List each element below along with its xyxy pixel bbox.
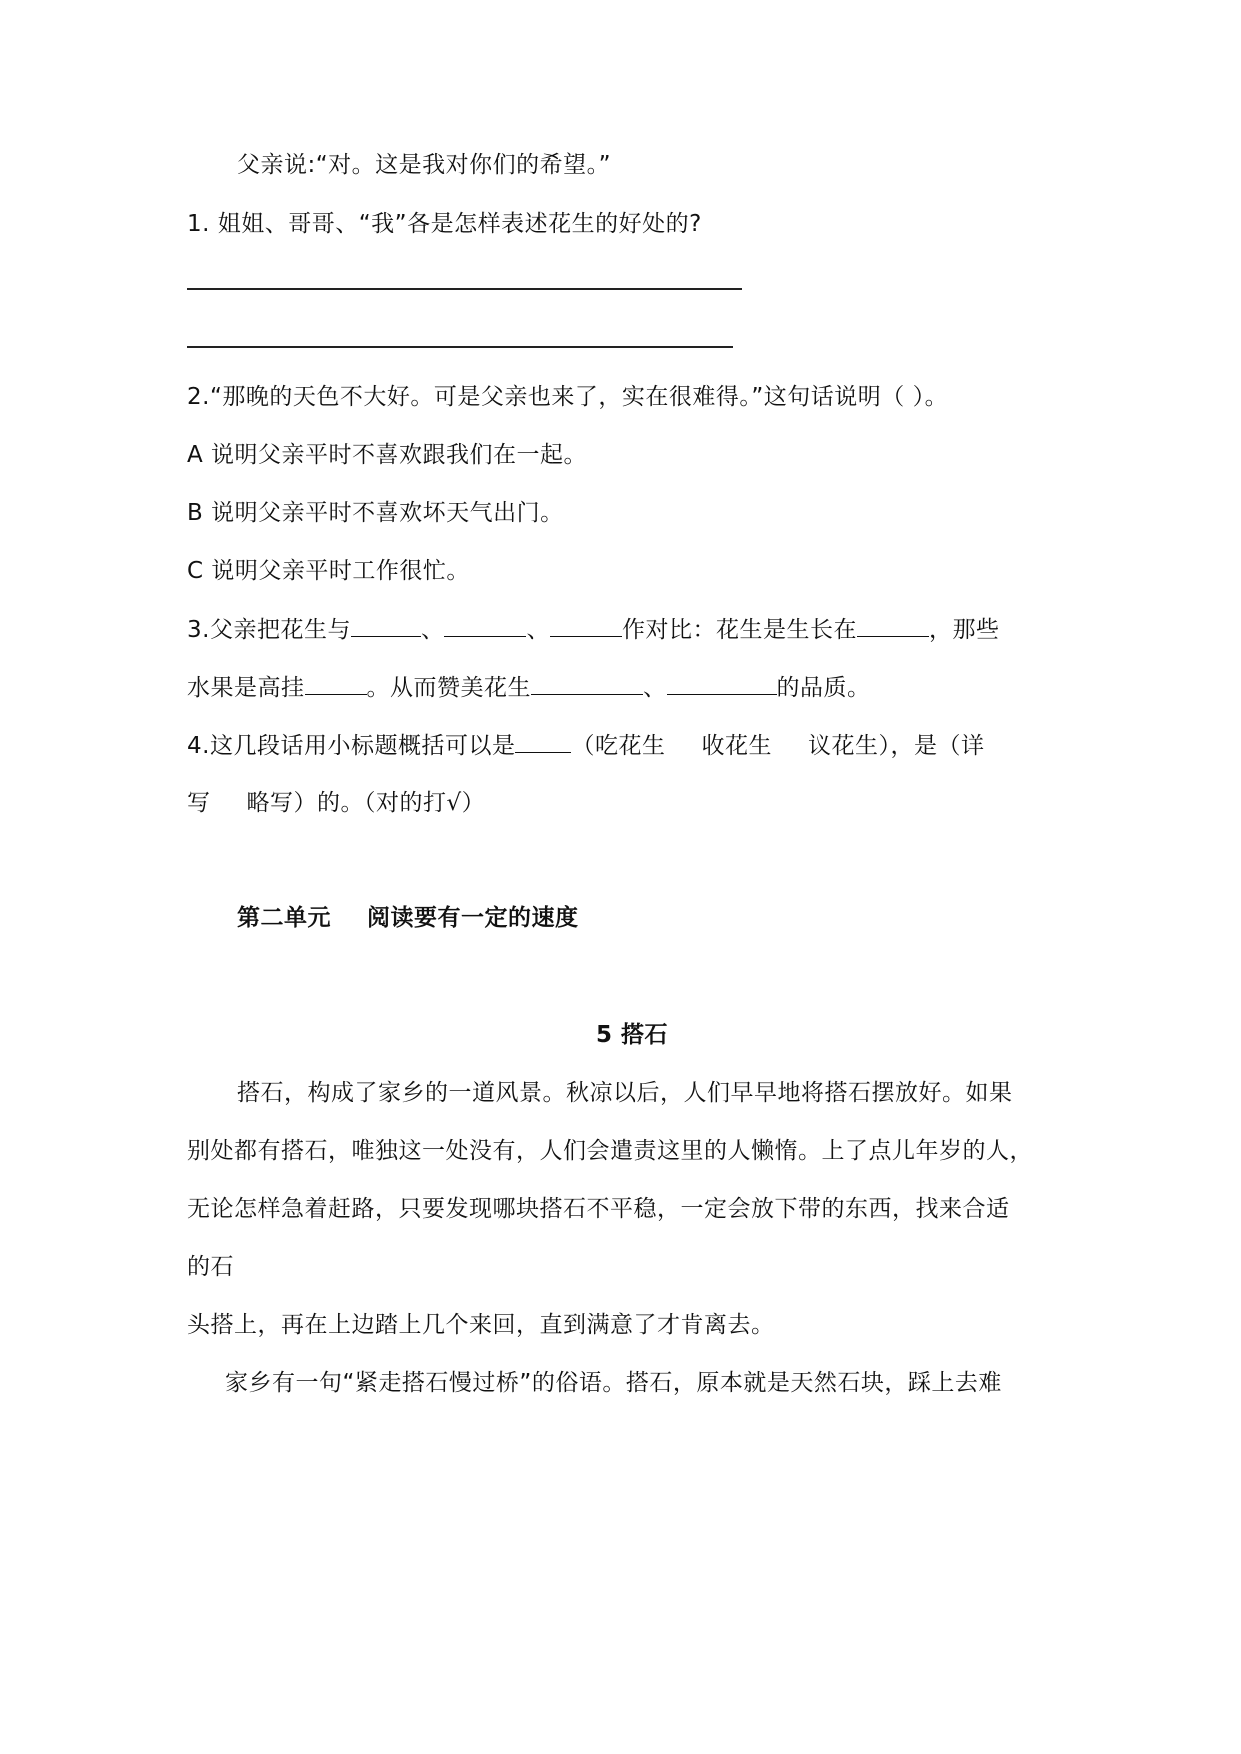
q4-choice-discuss-peanuts[interactable]: 议花生），是（详 [808,733,985,759]
q3-text-part: 3.父亲把花生与 [187,617,351,643]
lesson-paragraph-line: 家乡有一句“紧走搭石慢过桥”的俗语。搭石，原本就是天然石块，踩上去难 [225,1368,1002,1398]
q3-text-part: 水果是高挂 [187,675,305,701]
lesson-paragraph-line: 的石 [187,1252,234,1282]
unit-theme: 阅读要有一定的速度 [367,905,579,931]
q3-blank-2[interactable] [444,614,526,637]
q3-text-part: 、 [643,675,667,701]
q3-blank-7[interactable] [667,672,777,695]
q3-blank-5[interactable] [305,672,367,695]
q3-text-part: 的品质。 [777,675,871,701]
q4-choice-harvest-peanuts[interactable]: 收花生 [701,733,772,759]
q3-text-part: 、 [526,617,550,643]
question-2-option-b: B 说明父亲平时不喜欢坏天气出门。 [187,498,564,528]
question-3-line-2: 水果是高挂。从而赞美花生、的品质。 [187,672,871,703]
q3-text-part: 作对比：花生是生长在 [622,617,857,643]
lesson-paragraph-line: 无论怎样急着赶路，只要发现哪块搭石不平稳，一定会放下带的东西，找来合适 [187,1194,1010,1224]
question-1-text: 1. 姐姐、哥哥、“我”各是怎样表述花生的好处的? [187,209,702,239]
lesson-paragraph-line: 别处都有搭石，唯独这一处没有，人们会遣责这里的人懒惰。上了点儿年岁的人， [187,1136,1033,1166]
q3-text-part: 、 [421,617,445,643]
unit-number: 第二单元 [237,905,331,931]
q3-blank-6[interactable] [531,672,643,695]
q4-text-part: 4.这几段话用小标题概括可以是 [187,733,515,759]
lesson-paragraph-line: 搭石，构成了家乡的一道风景。秋凉以后，人们早早地将搭石摆放好。如果 [237,1078,1013,1108]
q3-blank-3[interactable] [550,614,622,637]
question-3-line-1: 3.父亲把花生与、、作对比：花生是生长在，那些 [187,614,999,645]
answer-line-2[interactable] [187,346,733,348]
q3-blank-4[interactable] [857,614,929,637]
q4-choice-detailed[interactable]: 写 [187,790,211,816]
q3-text-part: ，那些 [929,617,1000,643]
question-4-line-1: 4.这几段话用小标题概括可以是（吃花生收花生议花生），是（详 [187,730,984,761]
lesson-paragraph-line: 头搭上，再在上边踏上几个来回，直到满意了才肯离去。 [187,1310,775,1340]
question-2-option-a: A 说明父亲平时不喜欢跟我们在一起。 [187,440,587,470]
question-2-text: 2.“那晚的天色不大好。可是父亲也来了，实在很难得。”这句话说明（ ）。 [187,382,948,412]
q4-blank[interactable] [515,730,571,753]
question-4-line-2: 写略写）的。（对的打√） [187,788,485,818]
question-2-option-c: C 说明父亲平时工作很忙。 [187,556,470,586]
lesson-title: 5 搭石 [596,1020,668,1050]
passage-closing-line: 父亲说:“对。这是我对你们的希望。” [237,150,611,180]
q4-choice-eat-peanuts[interactable]: （吃花生 [571,733,665,759]
answer-line-1[interactable] [187,288,742,290]
q3-blank-1[interactable] [351,614,421,637]
q3-text-part: 。从而赞美花生 [367,675,532,701]
unit-heading: 第二单元阅读要有一定的速度 [237,903,579,933]
q4-choice-brief[interactable]: 略写）的。（对的打√） [247,790,486,816]
